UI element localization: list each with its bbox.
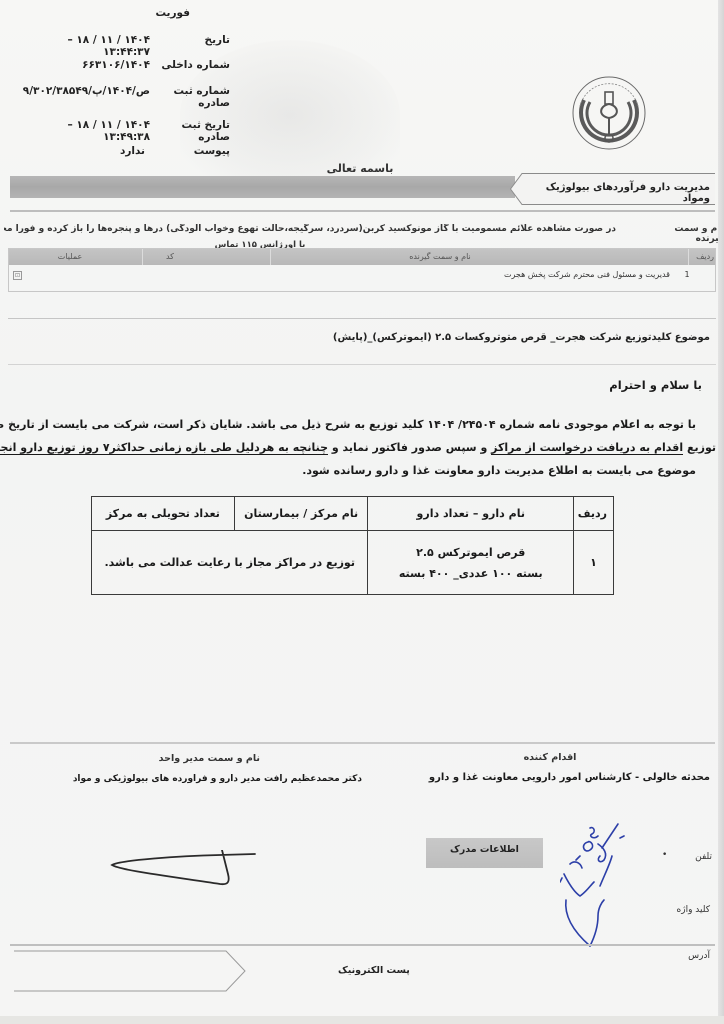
recipient-row-index: 1 (680, 270, 694, 279)
phone-value: • (662, 850, 670, 860)
header-actions: عملیات (40, 252, 100, 261)
center-note: توزیع در مراکز مجاز با رعایت عدالت می با… (92, 531, 368, 595)
address-label: آدرس (664, 951, 710, 961)
scan-edge-right (718, 0, 724, 1024)
greeting: با سلام و احترام (470, 378, 702, 392)
university-logo (566, 70, 652, 156)
body-line-3: موضوع می بایست به اطلاع مدیریت دارو معاو… (300, 464, 696, 477)
issued-number-value: ص/۱۴۰۴/پ/۹/۳۰۲/۳۸۵۴۹ (20, 85, 150, 97)
issued-date-label: تاریخ ثبت صادره (150, 119, 230, 143)
drug-cell: قرص ایموترکس ۲.۵ بسته ۱۰۰ عددی_ ۴۰۰ بسته (368, 531, 574, 595)
handwritten-annotation (560, 820, 650, 960)
column-divider (270, 249, 271, 265)
table-header-row: ردیف نام دارو – تعداد دارو نام مرکز / بی… (92, 497, 614, 531)
recipient-label: نام و سمت گیرنده (650, 224, 724, 244)
actor-name: محدثه خالولی - کارشناس امور دارویی معاون… (450, 772, 710, 783)
subject-divider (8, 364, 716, 365)
internal-number-value: ۶۶۳۱۰۶/۱۴۰۴ (20, 59, 150, 71)
banner-divider (10, 210, 715, 212)
row-index: ۱ (574, 531, 614, 595)
email-field-outline (14, 950, 246, 992)
internal-number-label: شماره داخلی (150, 59, 230, 71)
manager-name: دکتر محمدعظیم رافت مدیر دارو و فراورده ه… (100, 774, 362, 784)
header-delivered-qty: تعداد تحویلی به مرکز (92, 497, 235, 531)
scan-edge-bottom (0, 1016, 724, 1024)
attachment-label: پیوست (150, 145, 230, 157)
recipients-table-header (9, 249, 715, 265)
co-warning-text: در صورت مشاهده علائم مسمومیت با گاز مونو… (4, 224, 616, 234)
body-line-1: با توجه به اعلام موجودی نامه شماره ۲۴۵۰۴… (20, 418, 696, 431)
actor-label: اقدام کننده (510, 752, 590, 763)
body-line-2: توزیع اقدام به دریافت درخواست از مراکز و… (20, 441, 716, 454)
footer-divider (10, 944, 715, 946)
document-info-box: اطلاعات مدرک (426, 838, 543, 868)
basmala-heading: باسمه تعالی (300, 162, 420, 175)
column-divider (142, 249, 143, 265)
document-page: فوریت تاریخ ۱۴۰۴ / ۱۱ / ۱۸ – ۱۳:۴۴:۳۷ شم… (0, 0, 724, 1024)
attachment-value: ندارد (90, 145, 145, 157)
keyword-label: کلید واژه (660, 905, 710, 915)
manager-label: نام و سمت مدیر واحد (130, 753, 260, 764)
header-drug: نام دارو – تعداد دارو (368, 497, 574, 531)
recipient-row-name: قدیریت و مسئول فنی محترم شرکت پخش هجرت (420, 270, 670, 279)
subject-line: موضوع کلیدتوزیع شرکت هجرت_ قرص متوتروکسا… (300, 332, 710, 343)
banner-bar (10, 176, 515, 198)
header-center: نام مرکز / بیمارستان (234, 497, 368, 531)
section-divider (8, 318, 716, 319)
table-row: ۱ قرص ایموترکس ۲.۵ بسته ۱۰۰ عددی_ ۴۰۰ بس… (92, 531, 614, 595)
urgency-label: فوریت (130, 7, 190, 19)
drug-name: قرص ایموترکس ۲.۵ (368, 546, 573, 559)
header-recipient: نام و سمت گیرنده (380, 252, 500, 261)
email-label: پست الکترونیک (338, 965, 410, 976)
column-divider (688, 249, 689, 265)
issued-date-value: ۱۴۰۴ / ۱۱ / ۱۸ – ۱۳:۴۹:۳۸ (20, 119, 150, 143)
header-row-index: ردیف (692, 252, 714, 261)
header-index: ردیف (574, 497, 614, 531)
emblem-icon (566, 70, 652, 156)
issued-number-label: شماره ثبت صادره (150, 85, 230, 109)
distribution-table: ردیف نام دارو – تعداد دارو نام مرکز / بی… (91, 496, 614, 595)
signature-divider (10, 742, 715, 744)
manager-signature (100, 850, 270, 910)
phone-label: تلفن (672, 852, 712, 862)
department-name: مدیریت دارو فرآوردهای بیولوژیک ومواد (520, 182, 710, 204)
drug-quantity: بسته ۱۰۰ عددی_ ۴۰۰ بسته (368, 567, 573, 580)
header-code: کد (150, 252, 190, 261)
date-label: تاریخ (150, 34, 230, 46)
date-value: ۱۴۰۴ / ۱۱ / ۱۸ – ۱۳:۴۴:۳۷ (20, 34, 150, 58)
view-icon[interactable]: ⊡ (13, 271, 22, 280)
